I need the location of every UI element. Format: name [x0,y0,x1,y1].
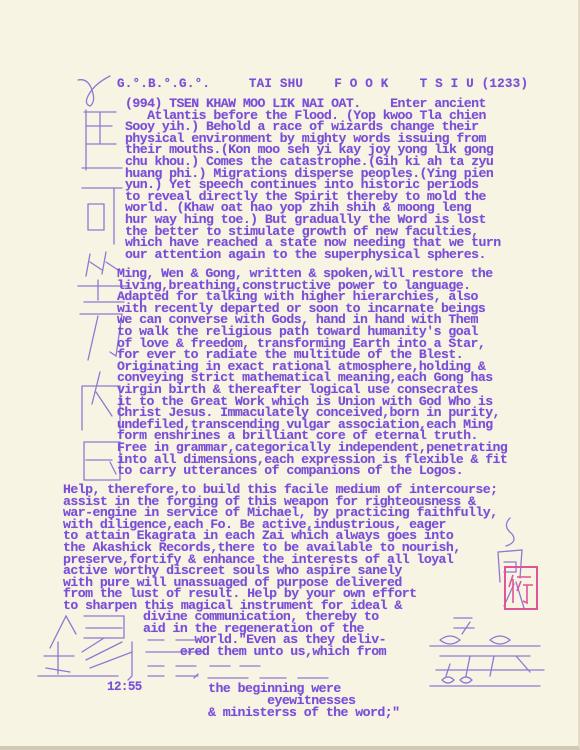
date-stamp: 12:55 [107,682,142,694]
paragraph-atlantis: (994) TSEN KHAW MOO LIK NAI OAT. Enter a… [125,98,501,260]
bottom-right-character-icon [420,612,570,692]
header-code: G.°.B.°.G.°. [117,77,210,91]
header-title-2: F O O K [334,77,388,91]
paragraph-eyewitnesses: the beginning were eyewitnesses [164,683,355,706]
paragraph-divine-communication: divine communication, thereby toaid in t… [143,611,386,657]
header-title-3: T S I U [420,77,474,91]
closing-line: & ministerss of the word;" [208,707,399,719]
typewritten-page: G.°.B.°.G.°. TAI SHU F O O K T S I U (12… [0,0,580,750]
text-line: ered them unto us,which from [143,646,386,658]
paragraph-ming-wen-gong: Ming, Wen & Gong, written & spoken,will … [117,268,507,477]
header-title-1: TAI SHU [249,77,303,91]
paragraph-help: Help, therefore,to build this facile med… [63,484,497,612]
text-line: our attention again to the superphysical… [125,249,501,261]
bottom-left-character-icon [34,612,144,682]
red-seal-stamp-icon [503,565,539,611]
header-number: (1233) [482,77,529,91]
document-header: G.°.B.°.G.°. TAI SHU F O O K T S I U (12… [117,79,528,91]
text-line: to carry utterances of companions of the… [117,465,507,477]
